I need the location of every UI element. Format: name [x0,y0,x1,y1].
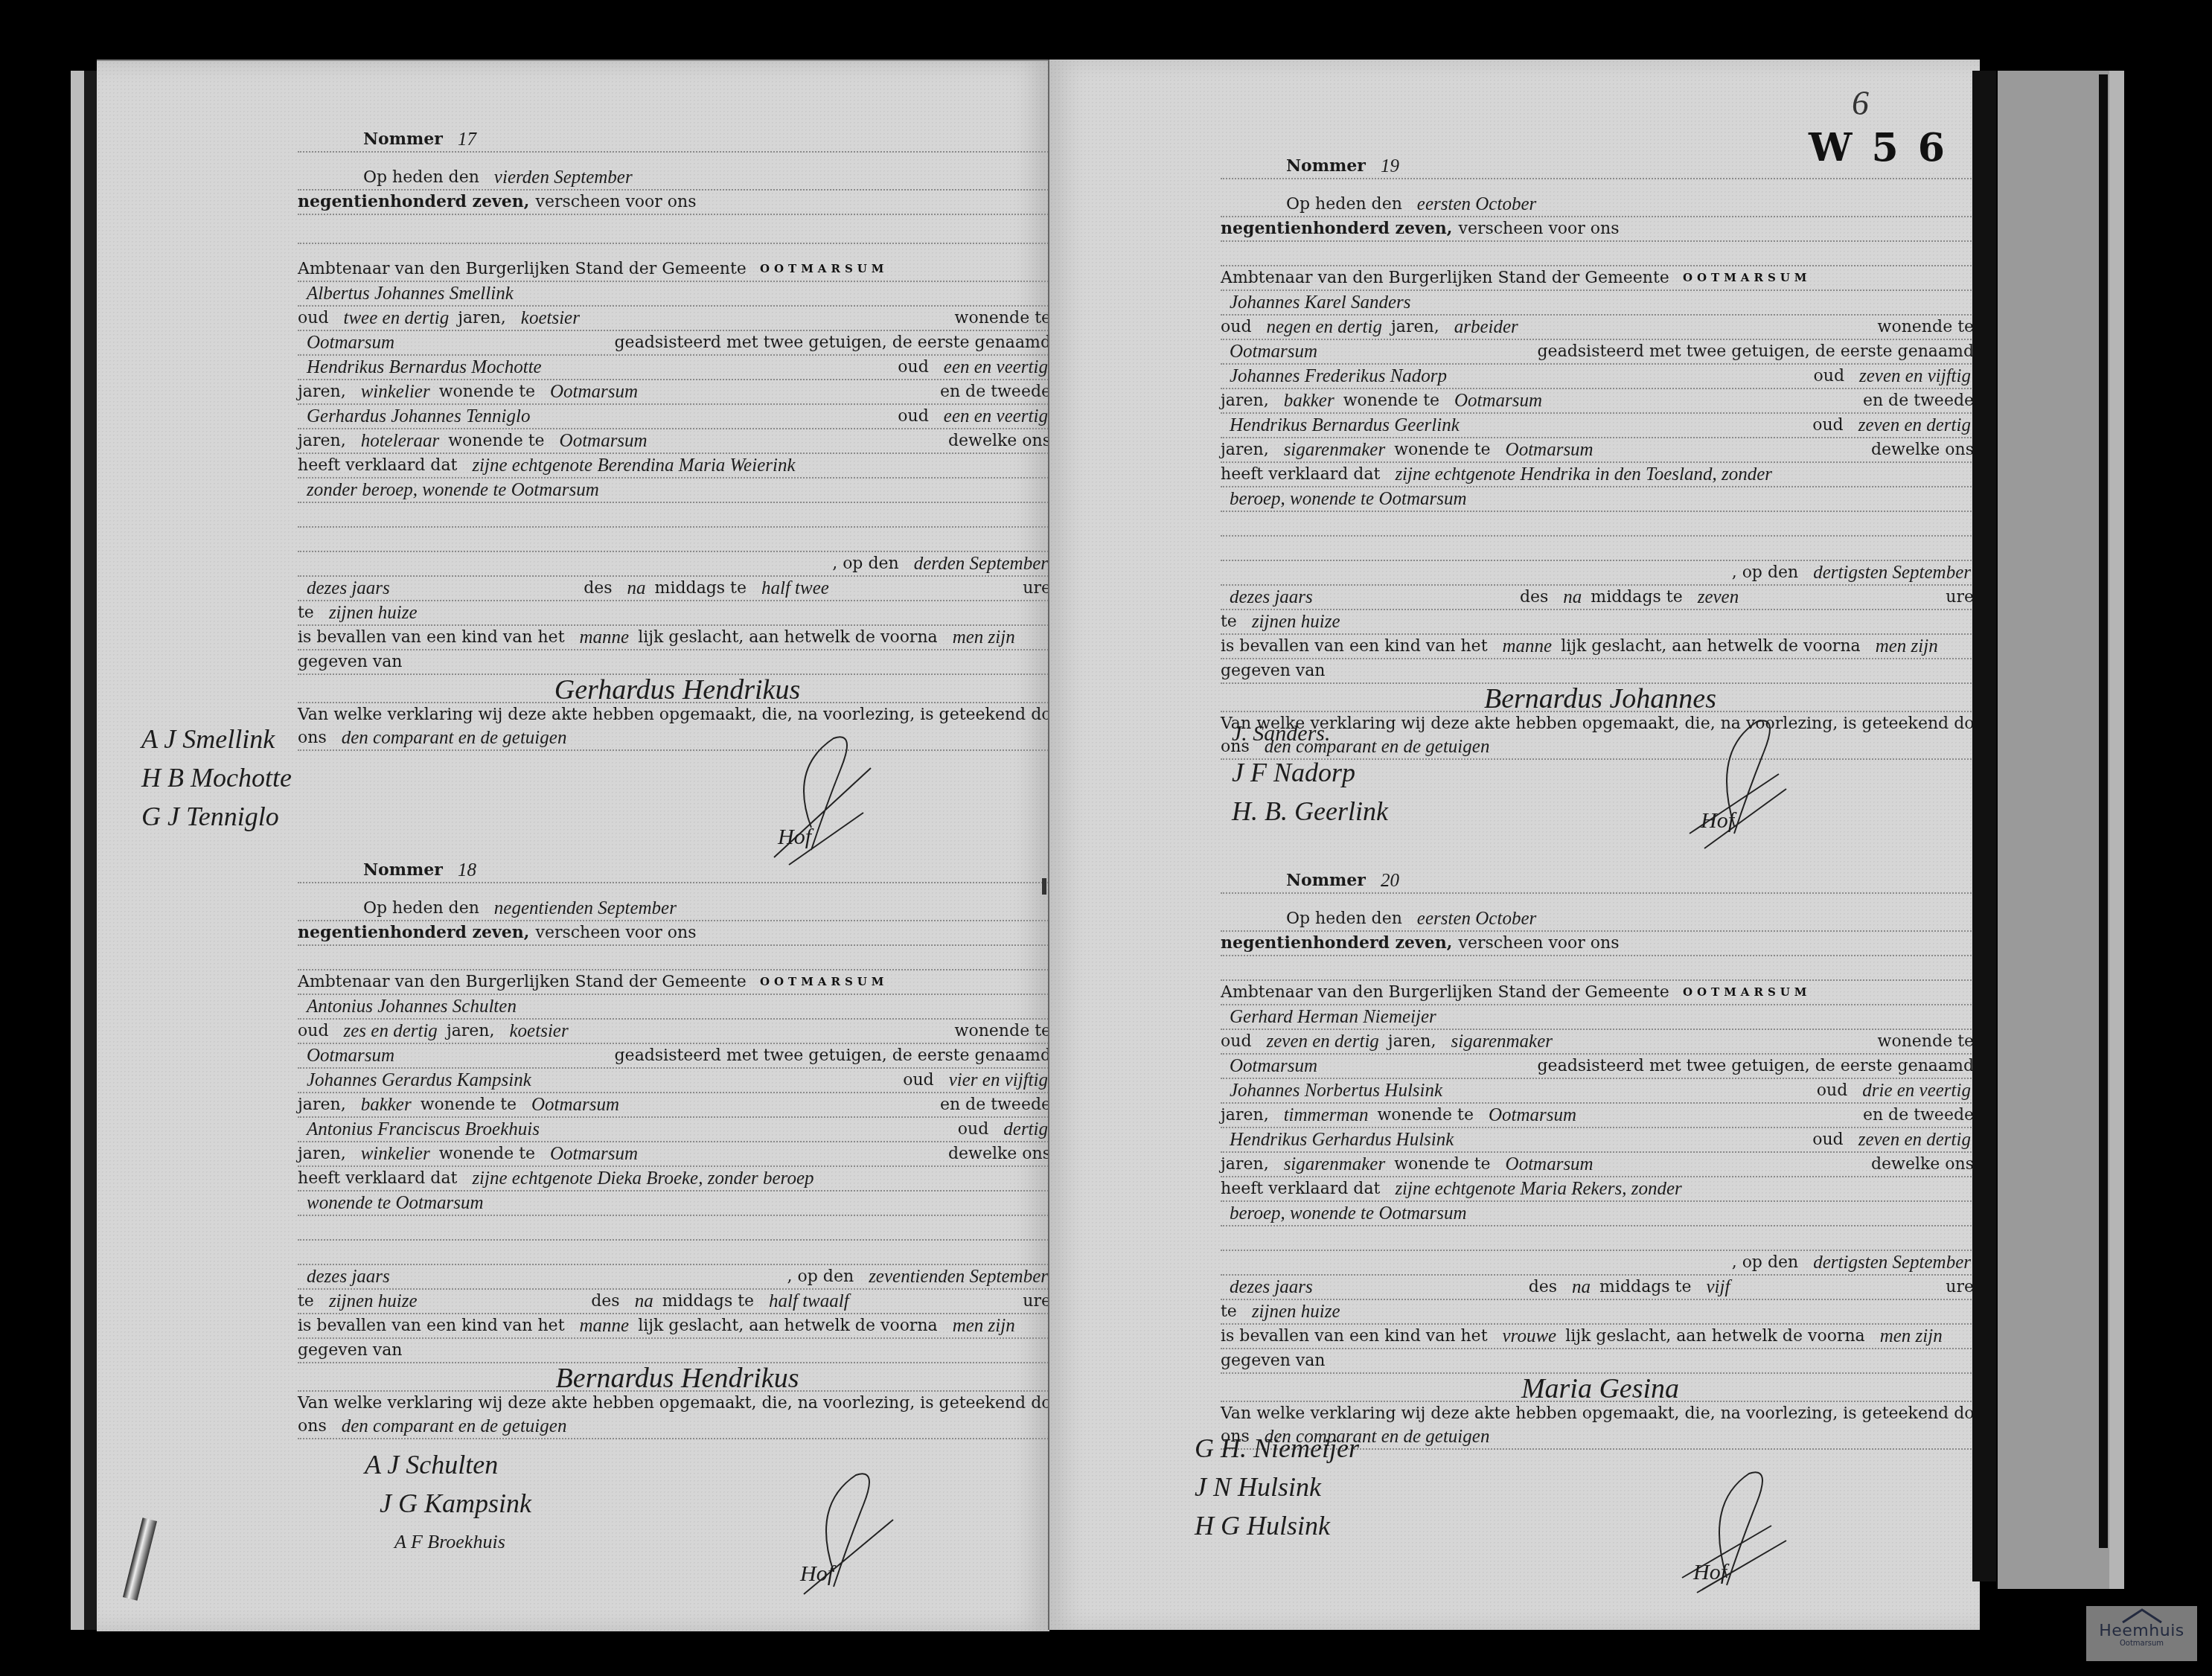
house-roof-icon [2120,1608,2164,1623]
right-page: Nommer 19 Op heden den eersten October n… [1049,60,1980,1630]
back-strip [2109,71,2124,1589]
entry-number: 19 [1372,155,1408,178]
entry-number: 20 [1372,869,1408,892]
child-name: Maria Gesina [1512,1378,1688,1401]
back-binding [2099,74,2108,1548]
page-number: 6 [1852,83,1869,123]
heemhuis-logo: Heemhuis Ootmarsum [2086,1606,2197,1661]
official-signature-20: Hof [1660,1459,1794,1608]
entry-17: Nommer 17 Op heden den vierden September… [298,128,1057,751]
signatures-19: J. Sanders. J F Nadorp H. B. Geerlink [1232,714,1388,831]
child-name: Gerhardus Hendrikus [546,679,809,702]
entry-number: 17 [449,128,485,151]
signatures-18: A J Schulten J G Kampsink A F Broekhuis [365,1445,531,1561]
nommer-row: Nommer 17 [298,128,1057,153]
official-signature-19: Hof [1667,707,1801,856]
left-page: Nommer 17 Op heden den vierden September… [97,60,1049,1631]
official-signature-18: Hof [767,1460,901,1609]
archive-stamp: W 5 6 [1809,125,1948,170]
declarant-name: Albertus Johannes Smellink [298,282,522,305]
municipality: OOTMARSUM [752,258,889,281]
entry-18: Nommer 18 Op heden den negentienden Sept… [298,859,1057,1439]
signatures-17: A J Smellink H B Mochotte G J Tenniglo [141,720,292,836]
signatures-20: G H. Niemeijer J N Hulsink H G Hulsink [1195,1429,1359,1545]
entry-date: vierden September [485,166,642,189]
child-name: Bernardus Hendrikus [547,1367,808,1390]
gutter-marker [1042,878,1046,895]
entry-20: Nommer 20 Op heden den eersten October n… [1221,869,1980,1450]
official-signature-17: Hof [744,723,878,872]
entry-number: 18 [449,859,485,882]
nommer-label: Nommer [363,128,449,151]
binding-shadow [1972,71,1996,1581]
entry-19: Nommer 19 Op heden den eersten October n… [1221,155,1980,760]
